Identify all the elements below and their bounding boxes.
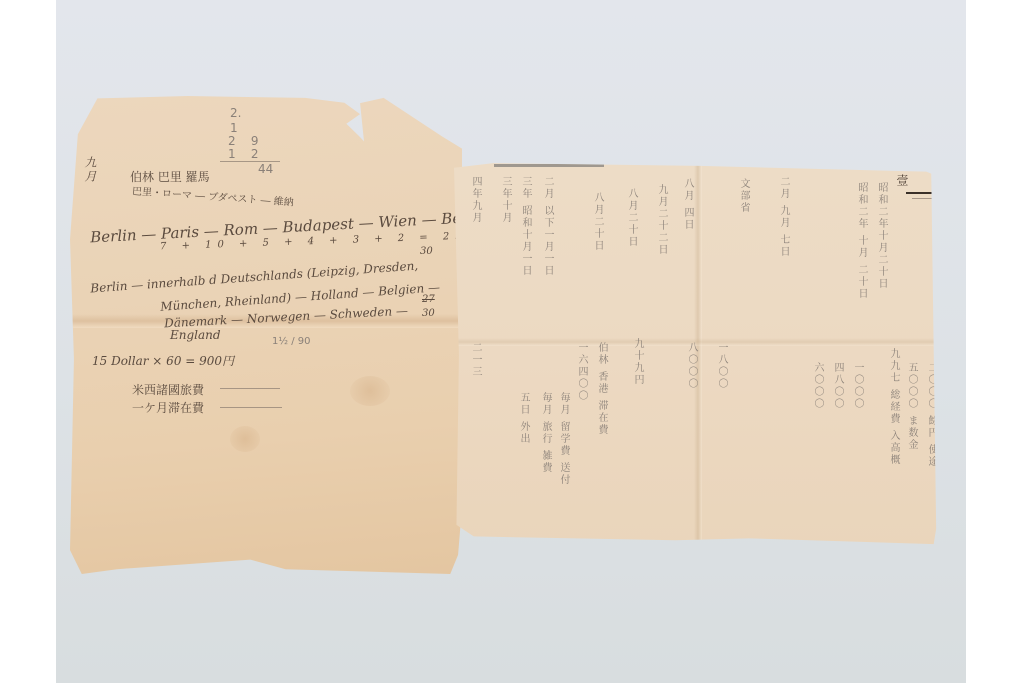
column: 一〇〇〇: [850, 362, 865, 410]
currency-calculation: 15 Dollar × 60 = 900円: [92, 352, 234, 369]
expense-stay: 一ケ月滞在費: [132, 399, 204, 416]
column: 伯林 香港 滞在費: [594, 342, 609, 436]
column: 六〇〇〇: [810, 362, 825, 410]
sum-line: 2 9: [228, 134, 259, 148]
column: 四八〇〇: [830, 362, 845, 410]
column: 二月 以下一月一日: [540, 176, 555, 277]
sum-total: 44: [258, 162, 273, 176]
left-document: 2. 1 2 9 1 2 44 九月 伯林 巴里 羅馬 巴里・ローマ ― ブダペ…: [70, 96, 462, 574]
column: 二月 九月 七日: [776, 176, 791, 258]
column: 一八〇〇: [714, 342, 729, 390]
column: 五日 外出: [516, 392, 531, 445]
date-line: 昭和二年十月二十日: [874, 182, 889, 290]
column: 二〇〇〇 餘円 使途: [924, 362, 939, 468]
column: 八月二十日: [590, 192, 605, 252]
column: 九九七 総経費 入高概: [886, 348, 901, 466]
stain: [230, 426, 260, 452]
sum-line: 2.: [230, 106, 241, 120]
sum-line: 1: [230, 121, 238, 135]
header-rule: [906, 192, 938, 194]
pencil-note: 1½ / 90: [272, 336, 311, 347]
column: 三年十月: [498, 176, 513, 224]
margin-value: 30: [422, 308, 435, 319]
column: 二一三: [468, 342, 483, 378]
margin-value: 27: [422, 294, 435, 305]
photo-background: 2. 1 2 9 1 2 44 九月 伯林 巴里 羅馬 巴里・ローマ ― ブダペ…: [56, 0, 966, 683]
column: 八〇〇〇: [684, 342, 699, 390]
expense-travel: 米西諸國旅費: [132, 381, 204, 398]
blank-line: [220, 388, 280, 389]
column: 八月二十日: [624, 188, 639, 248]
column: 毎月 留学費 送付: [556, 392, 571, 486]
column: 三年 昭和十月一日: [518, 176, 533, 277]
header-rule: [912, 198, 936, 199]
column: 文部省: [736, 178, 751, 214]
stain: [350, 376, 390, 406]
horizontal-fold: [454, 338, 946, 346]
top-edge-strip: [494, 164, 604, 167]
column: 八月 四日: [680, 178, 695, 231]
month-label: 九月: [82, 156, 99, 184]
japanese-route: 巴里・ローマ ― ブダペスト ― 維納: [132, 182, 295, 208]
column: 九月二十二日: [654, 184, 669, 256]
right-document: 壹 昭和二年十月二十日 四年九月 三年十月 三年 昭和十月一日 二月 以下一月一…: [454, 162, 946, 548]
column: 九十九円: [630, 338, 645, 386]
column: 毎月 旅行 雑費: [538, 392, 553, 474]
header-mark: 壹: [894, 174, 911, 188]
column: 昭和二年 十月 二十日: [854, 182, 869, 300]
blank-line: [220, 407, 282, 408]
sum-line: 1 2: [228, 147, 259, 161]
column: 五〇〇〇 ま数金: [904, 362, 919, 451]
route-1-total: 30: [420, 246, 433, 257]
column: 四年九月: [468, 176, 483, 224]
column: 一六四〇〇: [574, 342, 589, 402]
route-2-line-d: England: [170, 328, 221, 342]
